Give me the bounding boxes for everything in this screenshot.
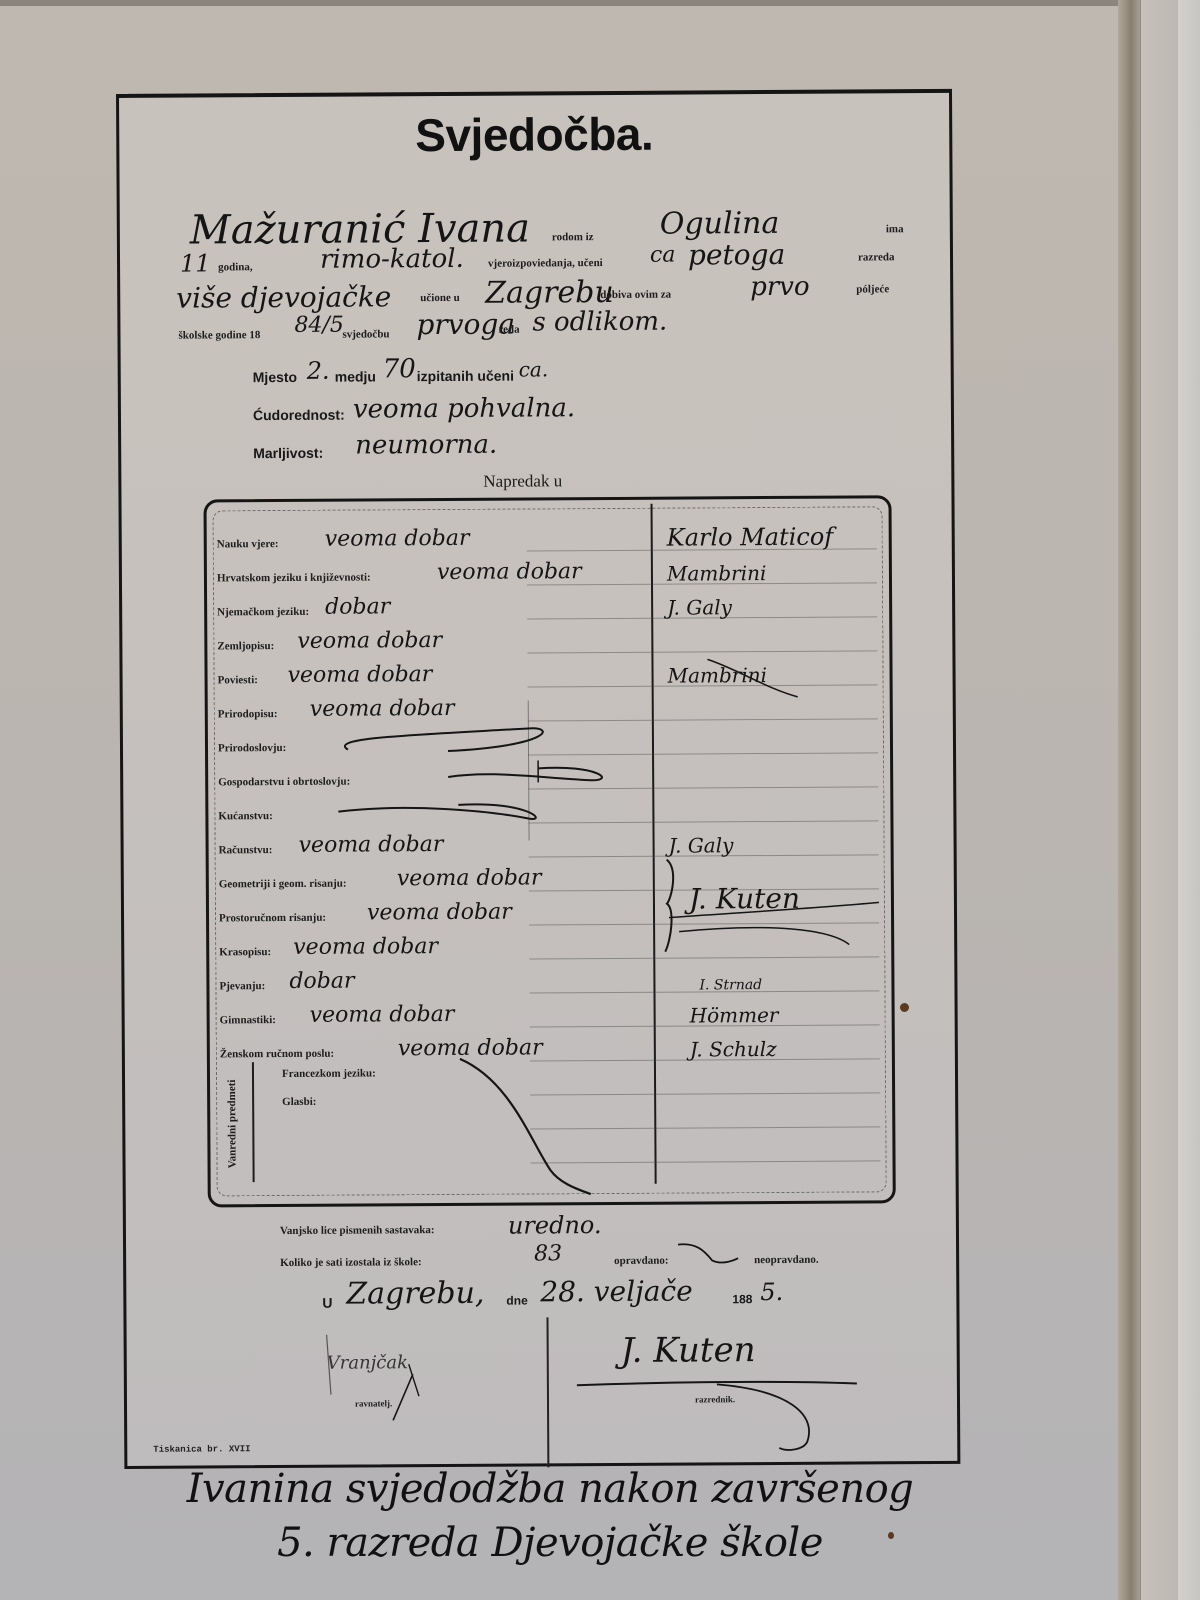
- certificate-title: Svjedočba.: [119, 105, 949, 164]
- excused-dash-stroke: [676, 1240, 756, 1270]
- receives-label: dobiva ovim za: [600, 289, 671, 301]
- conduct-value: veoma pohvalna.: [353, 393, 575, 424]
- examined-label: izpitanih učeni: [417, 368, 514, 385]
- city: Zagrebu: [485, 275, 614, 311]
- year-suffix: 5.: [760, 1278, 783, 1306]
- birthplace: Ogulina: [660, 206, 780, 242]
- among-label: medju: [335, 368, 376, 384]
- right-signature-role: razrednik.: [695, 1394, 735, 1404]
- student-age: 11: [180, 249, 211, 277]
- rank-label: Mjesto: [253, 369, 297, 385]
- school-type: više djevojačke: [176, 280, 391, 314]
- class-ordinal: petoga: [688, 238, 785, 272]
- distinction: s odlikom.: [532, 307, 667, 338]
- school-year: 84/5: [294, 313, 344, 338]
- religion-label: vjeroizpoviedanja, učeni: [488, 257, 603, 270]
- excused-label: opravdano:: [614, 1255, 668, 1267]
- examined-suffix: ca.: [519, 357, 549, 381]
- date-label: dne: [506, 1294, 527, 1308]
- born-label: rodom iz: [552, 231, 594, 243]
- class-label: razreda: [858, 251, 895, 263]
- frame-outer: [1178, 0, 1200, 1600]
- class-of-label: reda: [498, 324, 519, 336]
- unexcused-label: neopravdano.: [754, 1254, 819, 1266]
- semester: prvo: [750, 272, 810, 302]
- left-signature-role: ravnatelj.: [355, 1398, 392, 1408]
- form-code: Tiskanica br. XVII: [153, 1444, 250, 1455]
- has-label: ima: [886, 223, 904, 235]
- caption-line-2: 5. razreda Djevojačke škole: [120, 1520, 980, 1566]
- diligence-value: neumorna.: [355, 430, 497, 461]
- conduct-label: Ćudorednost:: [253, 407, 345, 424]
- total-students: 70: [383, 354, 416, 384]
- stain-mark: [900, 1003, 909, 1012]
- progress-title: Napredak u: [483, 471, 562, 491]
- certificate-label: svjedočbu: [342, 328, 389, 340]
- absence-hours: 83: [534, 1241, 562, 1266]
- place-prefix: U: [322, 1295, 332, 1311]
- certificate-document: Svjedočba. Mažuranić Ivana rodom iz Ogul…: [116, 89, 960, 1469]
- appearance-value: uredno.: [508, 1211, 602, 1240]
- absence-label: Koliko je sati izostala iz škole:: [280, 1256, 422, 1269]
- years-label: godina,: [218, 261, 253, 273]
- appearance-label: Vanjsko lice pismenih sastavaka:: [280, 1224, 435, 1237]
- date-value: 28. veljače: [540, 1274, 693, 1308]
- year-prefix: 188: [732, 1292, 752, 1306]
- handwritten-strokes: [206, 498, 898, 1210]
- class-prefix: ca: [650, 243, 676, 268]
- caption-line-1: Ivanina svjedodžba nakon završenog: [120, 1466, 980, 1512]
- religion: rimo-katol.: [320, 244, 464, 275]
- grades-table: Nauku vjere: veoma dobar Karlo Maticof H…: [203, 495, 895, 1207]
- signature-divider: [546, 1317, 549, 1467]
- rank: 2.: [307, 357, 330, 385]
- frame-shadow: [1118, 0, 1140, 1600]
- left-signature-strokes: [323, 1324, 444, 1425]
- right-signature-strokes: [567, 1353, 868, 1465]
- frame-edge: [1140, 0, 1178, 1600]
- school-label: učione u: [420, 292, 460, 304]
- frame-top-edge: [0, 0, 1125, 6]
- diligence-label: Marljivost:: [253, 445, 323, 461]
- place-value: Zagrebu,: [346, 1276, 484, 1312]
- school-year-label: školske godine 18: [178, 329, 260, 342]
- semester-label: póljeće: [856, 283, 889, 295]
